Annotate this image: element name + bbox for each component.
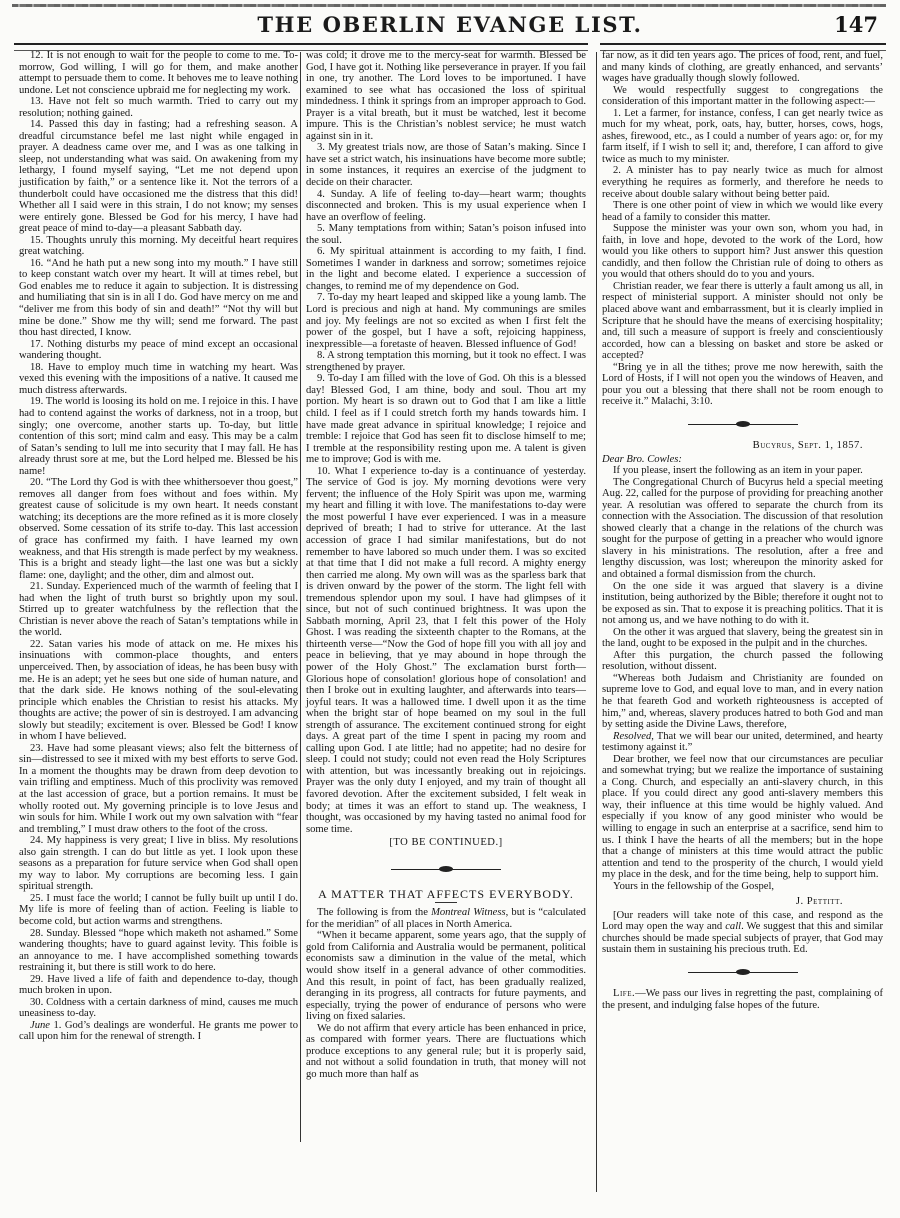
diary-continuation: was cold; it drove me to the mercy-seat … — [306, 50, 586, 142]
scripture-quote: “Bring ye in all the tithes; prove me no… — [602, 362, 883, 408]
resolved-label: Resolved — [613, 731, 651, 742]
article-paragraph: 2. A minister has to pay nearly twice as… — [602, 165, 883, 200]
title-underline — [435, 902, 457, 903]
source-publication: Montreal Witness — [431, 907, 506, 918]
diary-entry: 4. Sunday. A life of feeling to-day—hear… — [306, 189, 586, 224]
diary-entry: 22. Satan varies his mode of attack on m… — [19, 639, 298, 743]
editor-note: [Our readers will take note of this case… — [602, 910, 883, 956]
top-border-rule — [12, 4, 886, 7]
column-divider-2 — [596, 52, 597, 1192]
life-label: Life. — [613, 988, 635, 999]
june-label: June — [30, 1020, 50, 1031]
letter-closing: Yours in the fellowship of the Gospel, — [602, 881, 883, 893]
publication-title: THE OBERLIN EVANGE LIST. — [0, 12, 900, 37]
resolution-text: “Whereas both Judaism and Christianity a… — [602, 673, 883, 731]
diary-entry: 3. My greatest trials now, are those of … — [306, 142, 586, 188]
diary-entry: 6. My spiritual attainment is according … — [306, 246, 586, 292]
diary-entry: 23. Have had some pleasant views; also f… — [19, 743, 298, 835]
diary-entry: 5. Many temptations from within; Satan’s… — [306, 223, 586, 246]
diary-entry: 30. Coldness with a certain darkness of … — [19, 997, 298, 1020]
article-paragraph: Christian reader, we fear there is utter… — [602, 281, 883, 362]
column-2-diary-and-article: was cold; it drove me to the mercy-seat … — [306, 50, 586, 1080]
article-continuation: far now, as it did ten years ago. The pr… — [602, 50, 883, 85]
article-paragraph: 1. Let a farmer, for instance, confess, … — [602, 108, 883, 166]
diary-entry: 28. Sunday. Blessed “hope which maketh n… — [19, 928, 298, 974]
diary-entry: 25. I must face the world; I cannot be f… — [19, 893, 298, 928]
article-title: A MATTER THAT AFFECTS EVERYBODY. — [306, 889, 586, 901]
page-number: 147 — [834, 12, 878, 37]
to-be-continued-note: [TO BE CONTINUED.] — [306, 837, 586, 849]
section-divider-ornament — [688, 418, 798, 432]
article-paragraph: We do not affirm that every article has … — [306, 1023, 586, 1081]
diary-entry: 29. Have lived a life of faith and depen… — [19, 974, 298, 997]
article-paragraph: “When it became apparent, some years ago… — [306, 930, 586, 1022]
diary-entry: 14. Passed this day in fasting; had a re… — [19, 119, 298, 234]
diary-entry-june: June 1. God’s dealings are wonderful. He… — [19, 1020, 298, 1043]
diary-entry: 21. Sunday. Experienced much of the warm… — [19, 581, 298, 639]
section-divider-ornament — [391, 863, 501, 877]
june-text: 1. God’s dealings are wonderful. He gran… — [19, 1020, 298, 1043]
article-paragraph: We would respectfully suggest to congreg… — [602, 85, 883, 108]
article-paragraph: There is one other point of view in whic… — [602, 200, 883, 223]
letter-paragraph: On the one side it was argued that slave… — [602, 581, 883, 627]
letter-salutation: Dear Bro. Cowles: — [602, 454, 883, 466]
letter-dateline: Bucyrus, Sept. 1, 1857. — [602, 440, 883, 452]
letter-paragraph: The Congregational Church of Bucyrus hel… — [602, 477, 883, 581]
letter-paragraph: After this purgation, the church passed … — [602, 650, 883, 673]
letter-paragraph: If you please, insert the following as a… — [602, 465, 883, 477]
letter-signature: J. Pettitt. — [602, 896, 883, 908]
diary-entry: 16. “And he hath put a new song into my … — [19, 258, 298, 339]
life-aphorism: Life.—We pass our lives in regretting th… — [602, 988, 883, 1011]
column-divider-1 — [300, 52, 301, 1142]
diary-entry: 18. Have to employ much time in watching… — [19, 362, 298, 397]
letter-paragraph: On the other it was argued that slavery,… — [602, 627, 883, 650]
diary-entry: 12. It is not enough to wait for the peo… — [19, 50, 298, 96]
diary-entry: 17. Nothing disturbs my peace of mind ex… — [19, 339, 298, 362]
diary-entry: 15. Thoughts unruly this morning. My dec… — [19, 235, 298, 258]
resolved-clause: Resolved, That we will bear our united, … — [602, 731, 883, 754]
diary-entry: 13. Have not felt so much warmth. Tried … — [19, 96, 298, 119]
letter-paragraph: Dear brother, we feel now that our circu… — [602, 754, 883, 881]
diary-entry: 19. The world is loosing its hold on me.… — [19, 396, 298, 477]
diary-entry: 9. To-day I am filled with the love of G… — [306, 373, 586, 465]
section-divider-ornament — [688, 966, 798, 980]
diary-entry: 20. “The Lord thy God is with thee whith… — [19, 477, 298, 581]
column-1-diary: 12. It is not enough to wait for the peo… — [19, 50, 298, 1043]
article-intro: The following is from the Montreal Witne… — [306, 907, 586, 930]
diary-entry: 24. My happiness is very great; I live i… — [19, 835, 298, 893]
article-paragraph: Suppose the minister was your own son, w… — [602, 223, 883, 281]
masthead: THE OBERLIN EVANGE LIST. 147 — [0, 10, 900, 42]
diary-entry: 7. To-day my heart leaped and skipped li… — [306, 292, 586, 350]
column-3-article-and-letter: far now, as it did ten years ago. The pr… — [602, 50, 883, 1011]
diary-entry: 10. What I experience to-day is a contin… — [306, 466, 586, 836]
diary-entry: 8. A strong temptation this morning, but… — [306, 350, 586, 373]
